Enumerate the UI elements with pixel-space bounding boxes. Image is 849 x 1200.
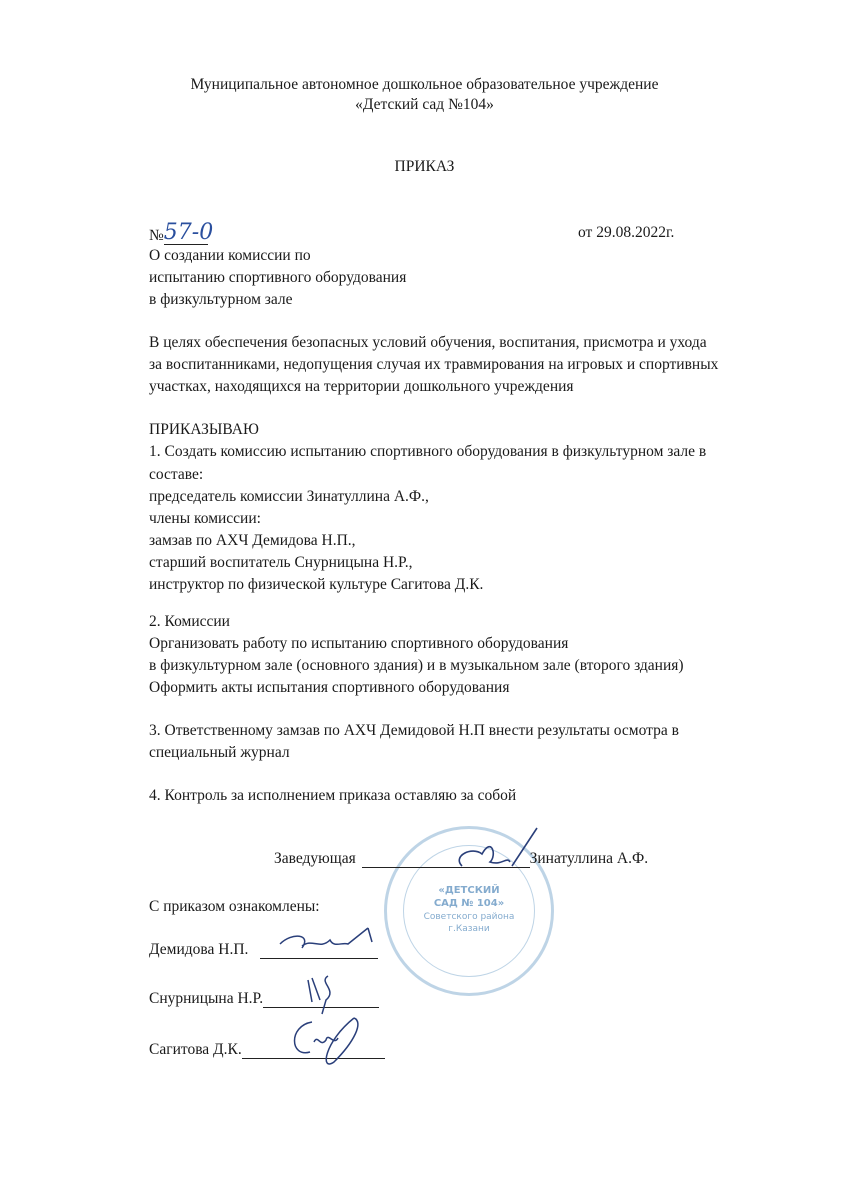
person-name: Сагитова Д.К. — [149, 1041, 242, 1058]
stamp-line3: Советского района — [387, 911, 551, 923]
item2-line3: в физкультурном зале (основного здания) … — [149, 657, 684, 675]
item1-line7: инструктор по физической культуре Сагито… — [149, 576, 483, 594]
item1-line2: составе: — [149, 466, 203, 484]
directive-heading: ПРИКАЗЫВАЮ — [149, 421, 259, 439]
item1-line4: члены комиссии: — [149, 510, 261, 528]
person-name: Демидова Н.П. — [149, 941, 248, 958]
stamp-line4: г.Казани — [387, 923, 551, 935]
order-number: №57-0 — [149, 224, 208, 245]
director-signature-icon — [452, 826, 542, 878]
preamble-line2: за воспитанниками, недопущения случая их… — [149, 356, 718, 374]
order-number-value: 57-0 — [164, 224, 208, 245]
sagitova-signature-icon — [284, 1012, 374, 1070]
org-name-line2: «Детский сад №104» — [0, 96, 849, 114]
order-subject-line2: испытанию спортивного оборудования — [149, 269, 406, 287]
order-subject-line1: О создании комиссии по — [149, 247, 311, 265]
item1-line6: старший воспитатель Снурницына Н.Р., — [149, 554, 412, 572]
item2-line1: 2. Комиссии — [149, 613, 230, 631]
preamble-line1: В целях обеспечения безопасных условий о… — [149, 334, 707, 352]
order-number-label: № — [149, 227, 164, 244]
item3-line1: 3. Ответственному замзав по АХЧ Демидово… — [149, 722, 679, 740]
item2-line4: Оформить акты испытания спортивного обор… — [149, 679, 509, 697]
org-name-line1: Муниципальное автономное дошкольное обра… — [0, 76, 849, 94]
demidova-signature-icon — [272, 924, 382, 960]
item2-line2: Организовать работу по испытанию спортив… — [149, 635, 568, 653]
stamp-line1: «ДЕТСКИЙ — [387, 885, 551, 897]
item1-line5: замзав по АХЧ Демидова Н.П., — [149, 532, 356, 550]
acknowledgement-title: С приказом ознакомлены: — [149, 898, 320, 916]
preamble-line3: участках, находящихся на территории дошк… — [149, 378, 574, 396]
item4-line1: 4. Контроль за исполнением приказа остав… — [149, 787, 516, 805]
signer-name: Зинатуллина А.Ф. — [530, 850, 648, 867]
stamp-line2: САД № 104» — [387, 898, 551, 910]
document-type-title: ПРИКАЗ — [0, 158, 849, 176]
item1-line3: председатель комиссии Зинатуллина А.Ф., — [149, 488, 429, 506]
item1-line1: 1. Создать комиссию испытанию спортивног… — [149, 443, 706, 461]
order-date: от 29.08.2022г. — [578, 224, 674, 242]
snurnitsyna-signature-icon — [298, 970, 358, 1018]
item3-line2: специальный журнал — [149, 744, 290, 762]
signer-position: Заведующая — [274, 850, 356, 867]
order-subject-line3: в физкультурном зале — [149, 291, 293, 309]
person-name: Снурницына Н.Р. — [149, 990, 263, 1007]
